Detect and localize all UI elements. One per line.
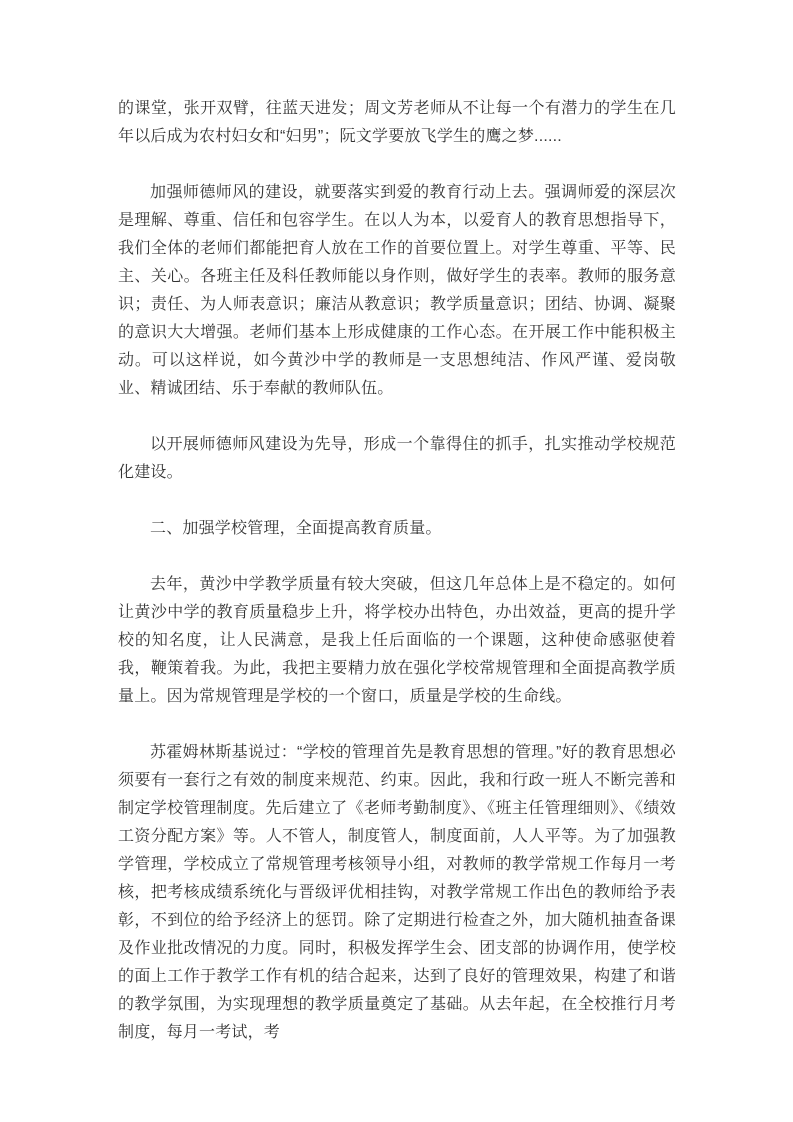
document-text-block: 的课堂，张开双臂，往蓝天进发；周文芳老师从不让每一个有潜力的学生在几年以后成为农… bbox=[118, 95, 676, 1047]
section-heading: 二、加强学校管理，全面提高教育质量。 bbox=[118, 515, 676, 543]
paragraph: 以开展师德师风建设为先导，形成一个靠得住的抓手，扎实推动学校规范化建设。 bbox=[118, 431, 676, 487]
paragraph-continued: 的课堂，张开双臂，往蓝天进发；周文芳老师从不让每一个有潜力的学生在几年以后成为农… bbox=[118, 95, 676, 151]
paragraph: 去年，黄沙中学教学质量有较大突破，但这几年总体上是不稳定的。如何让黄沙中学的教育… bbox=[118, 571, 676, 711]
document-page: 的课堂，张开双臂，往蓝天进发；周文芳老师从不让每一个有潜力的学生在几年以后成为农… bbox=[0, 0, 793, 1122]
paragraph: 加强师德师风的建设，就要落实到爱的教育行动上去。强调师爱的深层次是理解、尊重、信… bbox=[118, 179, 676, 403]
paragraph: 苏霍姆林斯基说过：“学校的管理首先是教育思想的管理。”好的教育思想必须要有一套行… bbox=[118, 739, 676, 1047]
